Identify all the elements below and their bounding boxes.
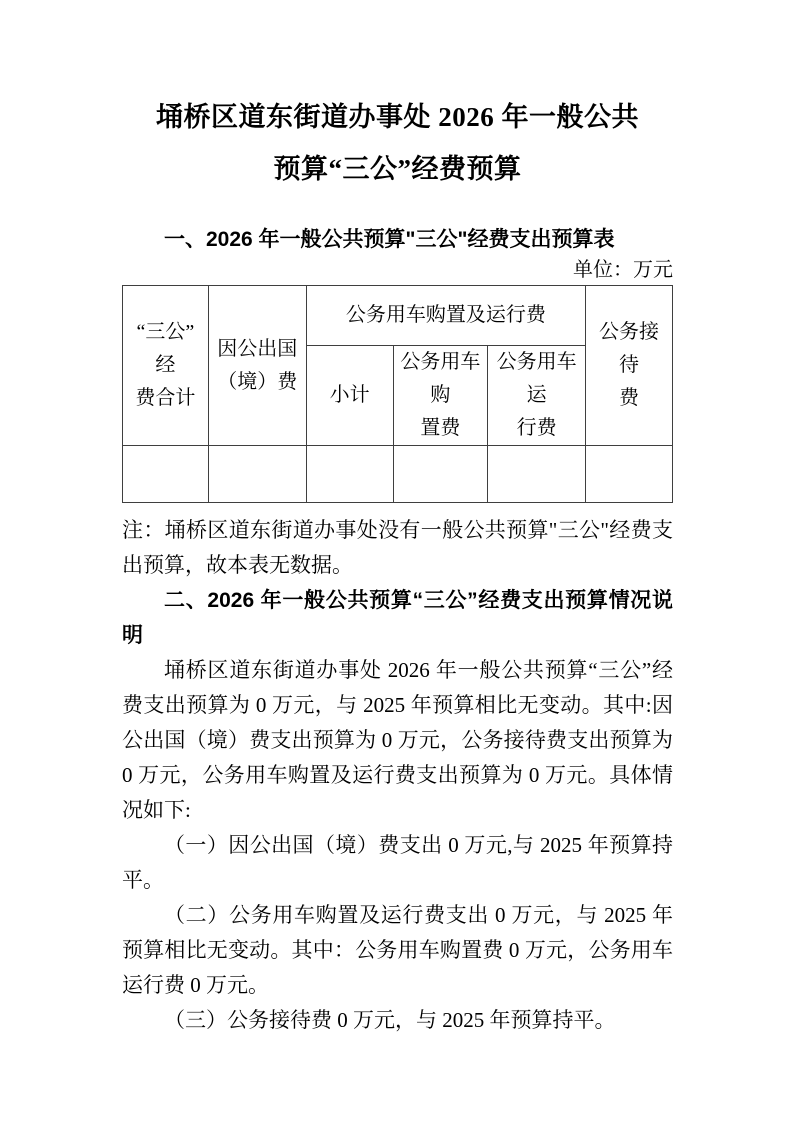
data-cell-abroad-expense [208, 446, 306, 503]
data-cell-vehicle-subtotal [306, 446, 393, 503]
header-cell-vehicle-operation: 公务用车 运 行费 [488, 346, 586, 446]
table-data-row [123, 446, 673, 503]
table-note: 注：埇桥区道东街道办事处没有一般公共预算"三公"经费支出预算，故本表无数据。 [122, 513, 673, 583]
document-title-line2: 预算“三公”经费预算 [274, 154, 522, 184]
header-cell-reception-expense: 公务接 待 费 [586, 286, 673, 446]
section2-item-1: （一）因公出国（境）费支出 0 万元,与 2025 年预算持平。 [122, 828, 673, 898]
data-cell-reception-expense [586, 446, 673, 503]
document-content: 埇桥区道东街道办事处 2026 年一般公共预算“三公”经费预算 一、2026 年… [122, 0, 673, 1038]
data-cell-three-public-total [123, 446, 209, 503]
three-public-budget-table: “三公” 经 费合计 因公出国 （境）费 公务用车购置及运行费 公务接 待 费 … [122, 285, 673, 503]
section2-intro-paragraph: 埇桥区道东街道办事处 2026 年一般公共预算“三公”经费支出预算为 0 万元，… [122, 653, 673, 828]
header-cell-abroad-expense: 因公出国 （境）费 [208, 286, 306, 446]
document-title: 埇桥区道东街道办事处 2026 年一般公共预算“三公”经费预算 [122, 91, 673, 195]
header-cell-three-public-total: “三公” 经 费合计 [123, 286, 209, 446]
header-cell-vehicle-subtotal: 小计 [306, 346, 393, 446]
section2-heading: 二、2026 年一般公共预算“三公”经费支出预算情况说明 [122, 583, 673, 653]
data-cell-vehicle-purchase [393, 446, 488, 503]
document-page: 埇桥区道东街道办事处 2026 年一般公共预算“三公”经费预算 一、2026 年… [0, 0, 793, 1122]
section2-item-2: （二）公务用车购置及运行费支出 0 万元，与 2025 年预算相比无变动。其中：… [122, 898, 673, 1003]
unit-label: 单位：万元 [122, 255, 673, 285]
data-cell-vehicle-operation [488, 446, 586, 503]
section1-heading: 一、2026 年一般公共预算"三公"经费支出预算表 [122, 225, 673, 255]
header-cell-vehicle-group: 公务用车购置及运行费 [306, 286, 585, 346]
header-cell-vehicle-purchase: 公务用车 购 置费 [393, 346, 488, 446]
section2-item-3: （三）公务接待费 0 万元，与 2025 年预算持平。 [122, 1003, 673, 1038]
document-title-line1: 埇桥区道东街道办事处 2026 年一般公共 [156, 102, 639, 132]
